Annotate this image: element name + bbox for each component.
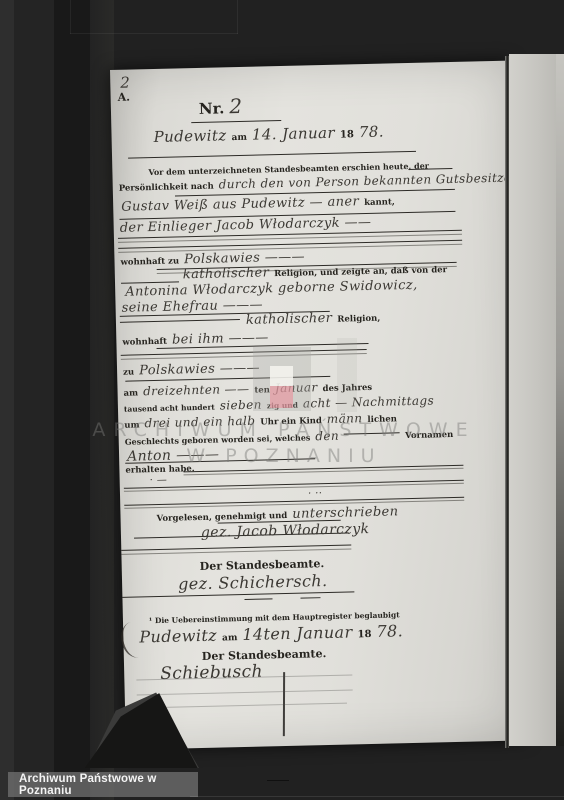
watermark-text-line2: W POZNANIU	[118, 445, 450, 467]
page-corner-number: 2	[120, 74, 130, 92]
pencil-rule	[137, 703, 347, 709]
handwritten-text: acht — Nachmittags	[303, 393, 435, 410]
scanned-register-view: 2 A. Nr. 2 Pudewitz am 14. Januar 18 78.…	[0, 0, 564, 800]
handwritten-text: katholischer	[246, 311, 333, 328]
handwritten-text: 2	[229, 94, 243, 118]
cover-edge-line	[70, 33, 238, 34]
form-rule	[408, 168, 452, 170]
printed-text: Religion,	[337, 314, 380, 325]
registrar-signature-line: gez. Schichersch.	[178, 571, 328, 594]
cover-edge-line	[237, 0, 238, 34]
printed-text: tausend acht hundert	[124, 403, 215, 414]
underlying-page-edge	[509, 54, 556, 746]
ink-mark: · ··	[308, 488, 323, 499]
handwritten-text: 2	[120, 74, 130, 92]
book-spine-strip	[54, 0, 90, 800]
archive-caption-bar: Archiwum Państwowe w Poznaniu	[8, 772, 198, 797]
printed-text: wohnhaft zu	[120, 256, 179, 267]
handwritten-text: 78.	[359, 123, 384, 142]
registrar-title-2: Der Standesbeamte.	[202, 647, 327, 663]
handwritten-text: Gustav Weiß aus Pudewitz — aner	[121, 194, 359, 215]
handwritten-text: Pudewitz	[153, 126, 226, 146]
handwritten-text: unterschrieben	[292, 504, 399, 521]
printed-text: Persönlichkeit nach	[119, 182, 214, 194]
printed-text: 18	[357, 629, 371, 640]
book-spine-strip	[14, 0, 54, 800]
printed-text: Nr.	[199, 99, 225, 118]
scan-artifact	[267, 780, 289, 781]
handwritten-text: 14. Januar	[252, 124, 335, 144]
watermark-flag-white	[270, 366, 293, 386]
record-number-line: Nr. 2	[199, 94, 243, 119]
handwritten-text: 14ten Januar	[242, 622, 353, 644]
handwritten-text: Schiebusch	[160, 662, 263, 684]
registrar-signature-2: Schiebusch	[160, 662, 263, 684]
handwritten-text: gez. Schichersch.	[178, 571, 328, 594]
printed-text: Der Standesbeamte.	[202, 647, 327, 663]
witness-line: Gustav Weiß aus Pudewitz — aner kannt,	[121, 193, 395, 214]
printed-text: A.	[117, 91, 130, 104]
pencil-rule	[137, 689, 353, 695]
form-rule	[300, 597, 320, 599]
ink-mark: · —	[150, 475, 168, 486]
printed-text: am	[124, 388, 139, 398]
book-spine-strip	[0, 0, 14, 800]
handwritten-text: dreizehnten ——	[143, 382, 250, 399]
page-stack-edge	[556, 54, 564, 746]
cover-edge-line	[70, 0, 71, 34]
printed-text: wohnhaft	[122, 337, 167, 348]
handwritten-text: Pudewitz	[139, 626, 217, 647]
handwritten-text: Polskawies ———	[139, 361, 260, 379]
watermark-flag-red	[270, 386, 293, 408]
printed-text: 18	[340, 129, 354, 140]
form-rule	[128, 151, 416, 159]
handwritten-text: · —	[150, 475, 168, 486]
certification-date-line: Pudewitz am 14ten Januar 18 78.	[139, 621, 403, 646]
mother-religion-line: katholischer Religion,	[246, 310, 381, 328]
handwritten-text: gez. Jacob Włodarczyk	[201, 521, 370, 541]
form-rule	[244, 598, 272, 600]
date-line: Pudewitz am 14. Januar 18 78.	[153, 123, 384, 146]
printed-text: zu	[123, 368, 134, 378]
scan-edge-glint	[190, 796, 564, 797]
father-signature-line: gez. Jacob Włodarczyk	[201, 521, 370, 541]
archive-caption-label: Archiwum Państwowe w Poznaniu	[19, 773, 198, 797]
handwritten-text: katholischer	[183, 265, 270, 282]
watermark-text-line1: ARCHIWUM PAŃSTWOWE	[118, 419, 450, 441]
printed-text: am	[232, 133, 248, 143]
form-letter: A.	[117, 91, 130, 104]
form-rule	[191, 120, 281, 123]
handwritten-text: 78.	[376, 621, 403, 641]
form-rule	[120, 319, 240, 323]
document-page: 2 A. Nr. 2 Pudewitz am 14. Januar 18 78.…	[110, 61, 526, 750]
printed-text: Religion, und zeigte an, daß von der	[274, 265, 447, 279]
printed-text: kannt,	[364, 197, 395, 208]
printed-text: am	[222, 633, 238, 643]
birthplace-line: zu Polskawies ———	[123, 361, 260, 379]
watermark-column-faint	[337, 338, 357, 412]
handwritten-text: · ··	[308, 488, 323, 499]
